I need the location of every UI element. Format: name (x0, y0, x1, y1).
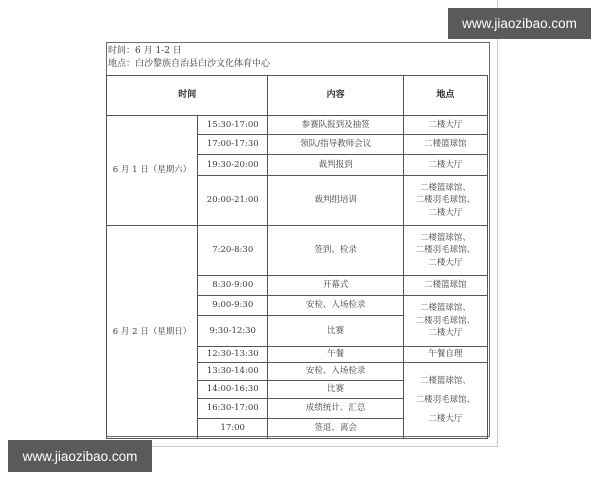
row-time: 19:30-20:00 (198, 155, 268, 176)
event-info: 时间：6 月 1-2 日 地点：白沙黎族自治县白沙文化体育中心 (107, 43, 489, 76)
table-row: 6 月 2 日（星期日） 7:20-8:30 签到、检录 二楼篮球馆、 二楼羽毛… (107, 226, 488, 276)
row-time: 7:20-8:30 (198, 226, 268, 276)
row-content: 裁判报到 (268, 155, 403, 176)
row-location: 二楼篮球馆 (403, 135, 487, 155)
row-location: 二楼篮球馆 (403, 276, 487, 296)
table-row: 6 月 1 日（星期六） 15:30-17:00 参赛队报到及抽签 二楼大厅 (107, 116, 488, 135)
row-time: 9:30-12:30 (198, 316, 268, 347)
watermark-bottom-left: www.jiaozibao.com (8, 440, 152, 472)
row-content: 签退、离会 (268, 419, 403, 439)
row-location: 二楼篮球馆、 二楼羽毛球馆、 二楼大厅 (403, 363, 487, 439)
header-time: 时间 (107, 76, 268, 116)
row-location: 二楼大厅 (403, 155, 487, 176)
row-content: 比赛 (268, 316, 403, 347)
day-date: 6 月 1 日（星期六） (107, 116, 198, 226)
row-content: 午餐 (268, 347, 403, 363)
schedule-table: 时间 内容 地点 6 月 1 日（星期六） 15:30-17:00 参赛队报到及… (106, 75, 488, 439)
row-time: 14:00-16:30 (198, 381, 268, 399)
row-content: 参赛队报到及抽签 (268, 116, 403, 135)
row-location: 二楼篮球馆、 二楼羽毛球馆、 二楼大厅 (403, 296, 487, 347)
row-time: 15:30-17:00 (198, 116, 268, 135)
row-time: 13:30-14:00 (198, 363, 268, 381)
header-location: 地点 (403, 76, 487, 116)
day-date: 6 月 2 日（星期日） (107, 226, 198, 439)
event-place: 地点：白沙黎族自治县白沙文化体育中心 (108, 58, 489, 71)
header-content: 内容 (268, 76, 403, 116)
row-time: 17:00 (198, 419, 268, 439)
row-content: 安检、入场检录 (268, 363, 403, 381)
row-time: 8:30-9:00 (198, 276, 268, 296)
row-time: 16:30-17:00 (198, 399, 268, 419)
row-location: 午餐自理 (403, 347, 487, 363)
row-content: 比赛 (268, 381, 403, 399)
schedule-document: 时间：6 月 1-2 日 地点：白沙黎族自治县白沙文化体育中心 时间 内容 地点… (106, 42, 490, 437)
row-time: 9:00-9:30 (198, 296, 268, 316)
header-row: 时间 内容 地点 (107, 76, 488, 116)
row-location: 二楼大厅 (403, 116, 487, 135)
row-content: 裁判组培训 (268, 176, 403, 226)
row-time: 12:30-13:30 (198, 347, 268, 363)
watermark-top-right: www.jiaozibao.com (448, 8, 591, 39)
row-location: 二楼篮球馆、 二楼羽毛球馆、 二楼大厅 (403, 226, 487, 276)
event-time: 时间：6 月 1-2 日 (108, 45, 489, 58)
row-time: 20:00-21:00 (198, 176, 268, 226)
row-content: 成绩统计、汇总 (268, 399, 403, 419)
row-time: 17:00-17:30 (198, 135, 268, 155)
row-content: 签到、检录 (268, 226, 403, 276)
row-content: 安检、入场检录 (268, 296, 403, 316)
row-content: 领队/指导教师会议 (268, 135, 403, 155)
row-location: 二楼篮球馆、 二楼羽毛球馆、 二楼大厅 (403, 176, 487, 226)
row-content: 开幕式 (268, 276, 403, 296)
